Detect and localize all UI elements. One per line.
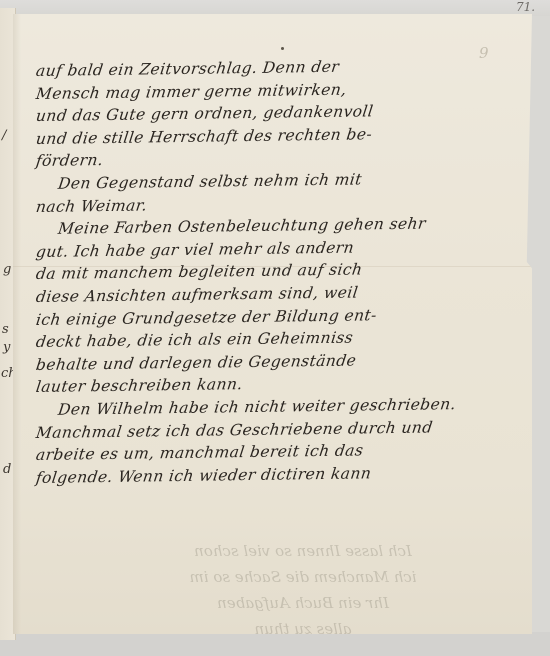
margin-fragment: d <box>3 462 11 477</box>
margin-fragment: / <box>2 128 6 143</box>
scan-backdrop-bottom <box>0 632 550 656</box>
margin-fragment: y <box>3 340 10 355</box>
bleed-line: Ich lasse Ihnen so viel schon <box>93 538 513 564</box>
bleed-line: ich Manchem die Sache so im <box>93 564 513 590</box>
ink-speck <box>281 47 284 50</box>
margin-fragment: s <box>2 322 9 337</box>
folio-number: 71. <box>516 0 535 14</box>
margin-fragment: g <box>3 262 11 277</box>
handwritten-text-block: auf bald ein Zeitvorschlag. Denn der Men… <box>36 60 516 489</box>
bleed-line: Ihr ein Buch Aufgaben <box>93 590 513 616</box>
scan-backdrop-top <box>0 0 550 16</box>
bleed-through-text: Ich lasse Ihnen so viel schon ich Manche… <box>93 538 513 642</box>
